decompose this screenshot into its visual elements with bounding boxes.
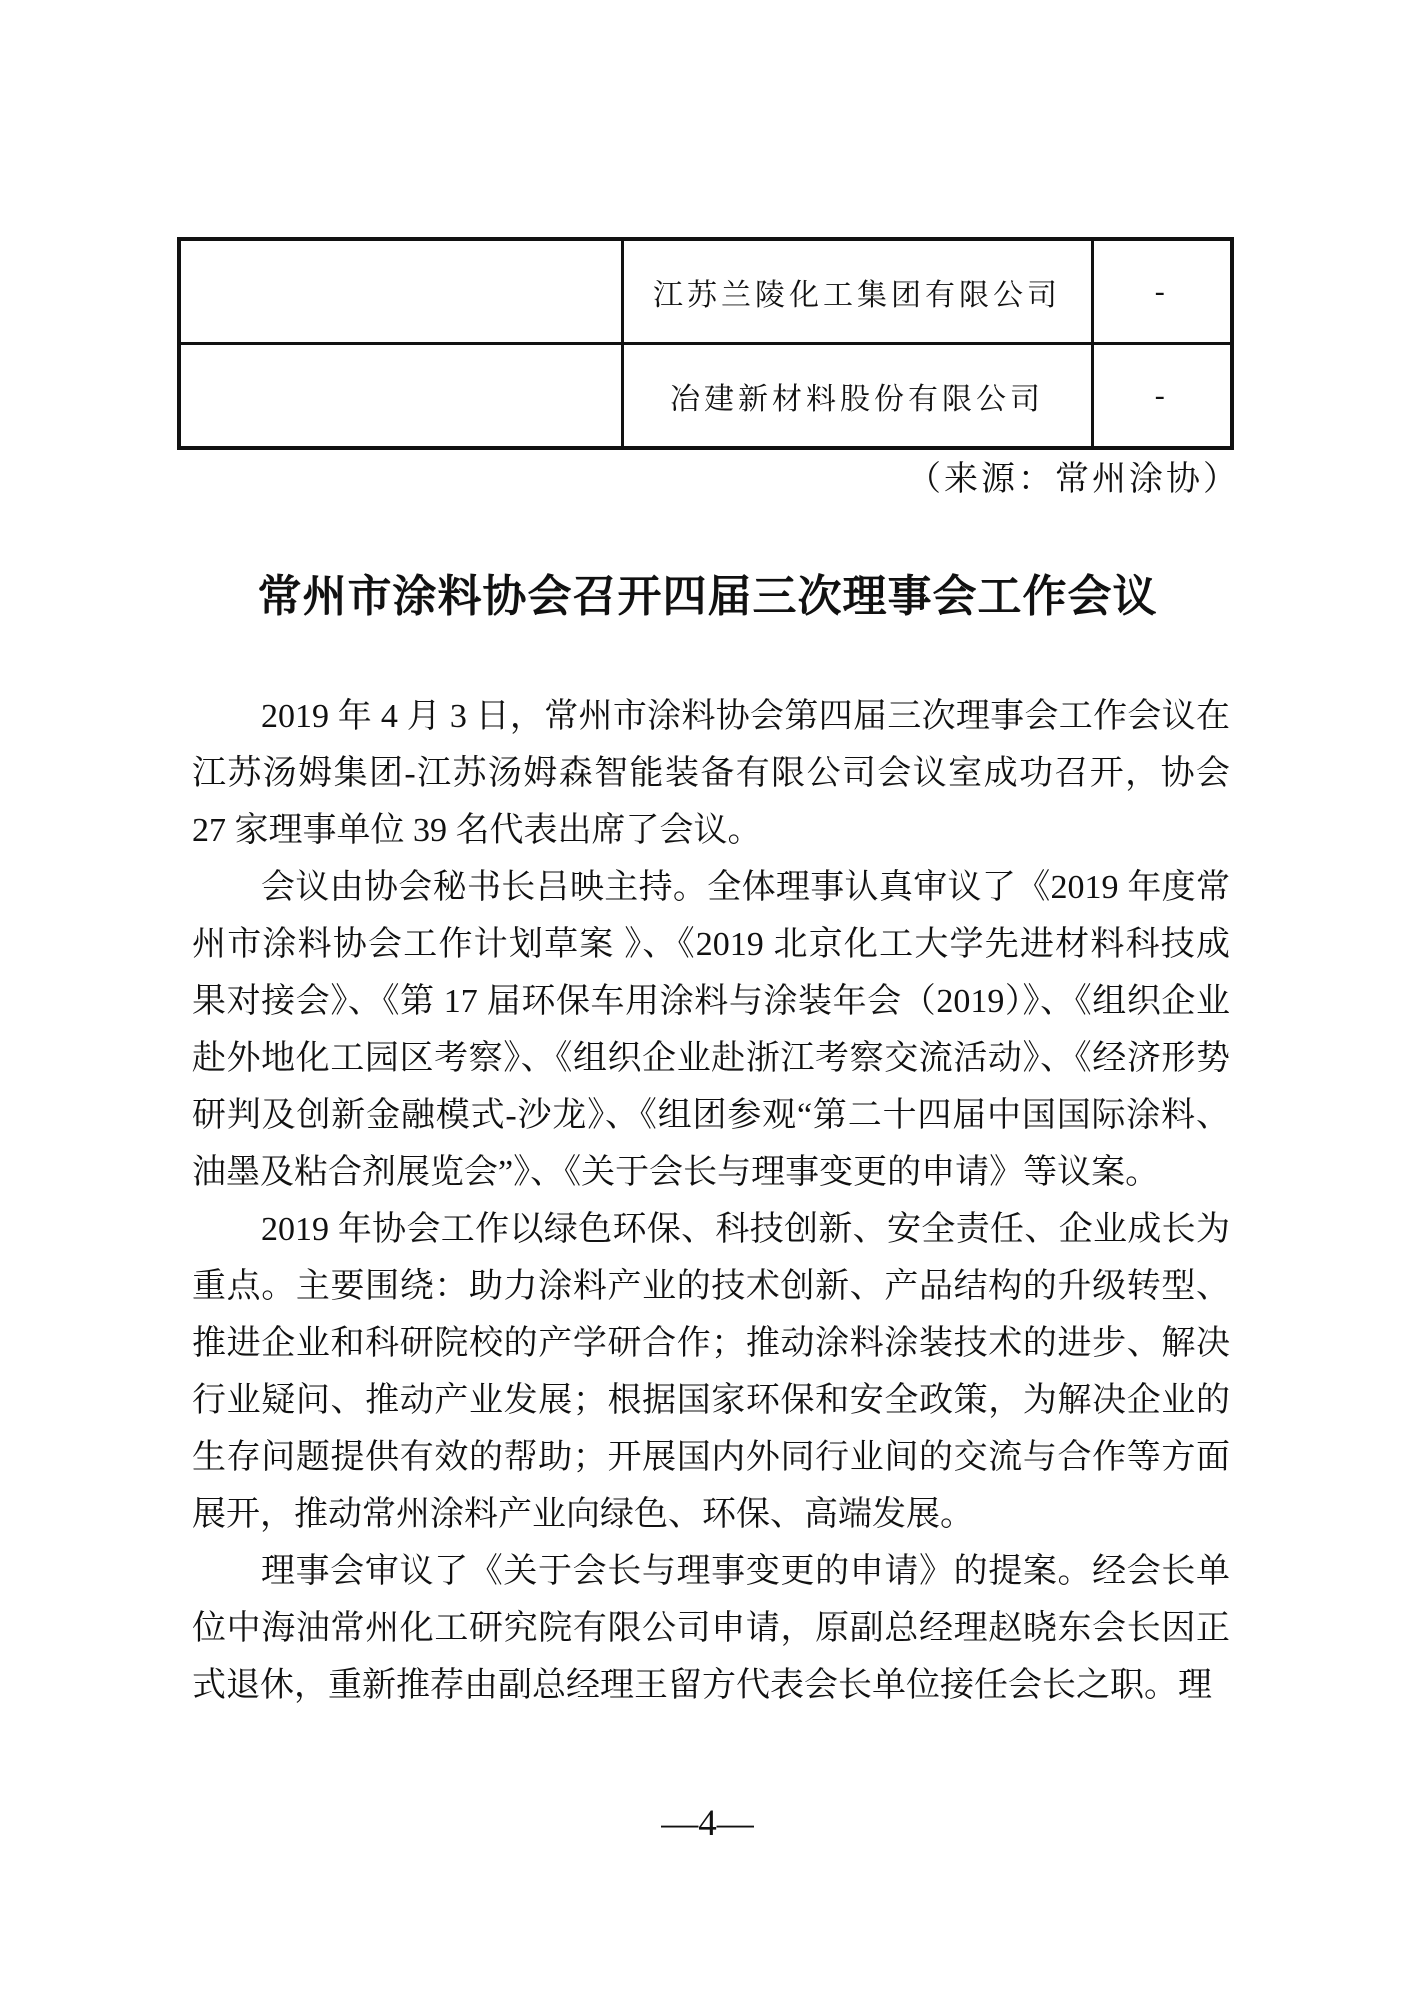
body-line: 推进企业和科研院校的产学研合作；推动涂料涂装技术的进步、解决 <box>192 1315 1230 1372</box>
table-cell-value: - <box>1092 344 1232 449</box>
table-row: 江苏兰陵化工集团有限公司 - <box>179 239 1232 344</box>
body-line: 生存问题提供有效的帮助；开展国内外同行业间的交流与合作等方面 <box>192 1429 1230 1486</box>
document-page: 江苏兰陵化工集团有限公司 - 冶建新材料股份有限公司 - （来源：常州涂协） 常… <box>0 0 1415 2000</box>
body-line: 式退休，重新推荐由副总经理王留方代表会长单位接任会长之职。理 <box>192 1657 1230 1714</box>
member-table: 江苏兰陵化工集团有限公司 - 冶建新材料股份有限公司 - <box>177 237 1234 450</box>
body-line: 27 家理事单位 39 名代表出席了会议。 <box>192 802 1230 859</box>
body-line: 果对接会》、《第 17 届环保车用涂料与涂装年会（2019）》、《组织企业 <box>192 973 1230 1030</box>
article-body: 2019 年 4 月 3 日，常州市涂料协会第四届三次理事会工作会议在江苏汤姆集… <box>192 688 1230 1714</box>
body-line: 理事会审议了《关于会长与理事变更的申请》的提案。经会长单 <box>192 1543 1230 1600</box>
article-title: 常州市涂料协会召开四届三次理事会工作会议 <box>100 572 1315 622</box>
body-line: 2019 年 4 月 3 日，常州市涂料协会第四届三次理事会工作会议在 <box>192 688 1230 745</box>
table-row: 冶建新材料股份有限公司 - <box>179 344 1232 449</box>
table-cell-empty <box>179 344 622 449</box>
body-line: 行业疑问、推动产业发展；根据国家环保和安全政策，为解决企业的 <box>192 1372 1230 1429</box>
body-line: 州市涂料协会工作计划草案 》、《2019 北京化工大学先进材料科技成 <box>192 916 1230 973</box>
table-cell-value: - <box>1092 239 1232 344</box>
body-line: 赴外地化工园区考察》、《组织企业赴浙江考察交流活动》、《经济形势 <box>192 1030 1230 1087</box>
table-cell-empty <box>179 239 622 344</box>
table-cell-company: 江苏兰陵化工集团有限公司 <box>622 239 1092 344</box>
source-note: （来源：常州涂协） <box>190 460 1240 500</box>
member-table-wrap: 江苏兰陵化工集团有限公司 - 冶建新材料股份有限公司 - <box>177 237 1230 450</box>
body-line: 位中海油常州化工研究院有限公司申请，原副总经理赵晓东会长因正 <box>192 1600 1230 1657</box>
body-line: 江苏汤姆集团-江苏汤姆森智能装备有限公司会议室成功召开，协会 <box>192 745 1230 802</box>
body-line: 2019 年协会工作以绿色环保、科技创新、安全责任、企业成长为 <box>192 1201 1230 1258</box>
body-line: 重点。主要围绕：助力涂料产业的技术创新、产品结构的升级转型、 <box>192 1258 1230 1315</box>
body-line: 会议由协会秘书长吕映主持。全体理事认真审议了《2019 年度常 <box>192 859 1230 916</box>
page-number: —4— <box>0 1796 1415 1852</box>
body-line: 展开，推动常州涂料产业向绿色、环保、高端发展。 <box>192 1486 1230 1543</box>
table-cell-company: 冶建新材料股份有限公司 <box>622 344 1092 449</box>
body-line: 研判及创新金融模式-沙龙》、《组团参观“第二十四届中国国际涂料、 <box>192 1087 1230 1144</box>
body-line: 油墨及粘合剂展览会”》、《关于会长与理事变更的申请》等议案。 <box>192 1144 1230 1201</box>
